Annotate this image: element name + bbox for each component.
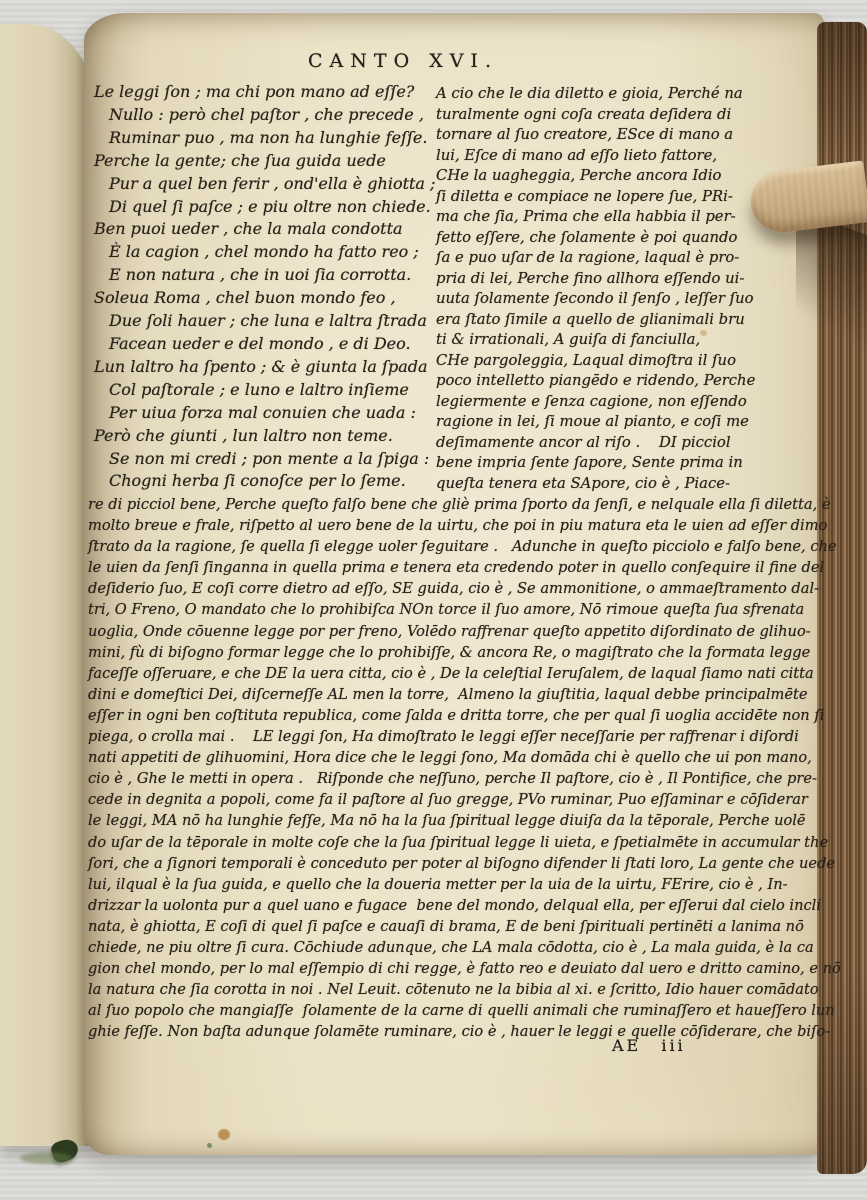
- commentary-block-line: gion chel mondo, per lo mal eſſempio di …: [88, 958, 806, 979]
- commentary-block-line: tri, O Freno, O mandato che lo prohibiſc…: [88, 599, 806, 620]
- commentary-block-line: do uſar de la tēporale in molte coſe che…: [88, 832, 806, 853]
- commentary-block-line: le leggi, MA nō ha lunghie feſſe, Ma nō …: [88, 810, 806, 831]
- commentary-line: fetto eſſere, che ſolamente è poi quando: [436, 228, 784, 249]
- verse-line: Ruminar puo , ma non ha lunghie feſſe.: [94, 127, 436, 150]
- commentary-block-line: nati appetiti de glihuomini, Hora dice c…: [88, 747, 806, 768]
- commentary-block-line: mini, fù di biſogno formar legge che lo …: [88, 642, 806, 663]
- verse-line: Per uiua forza mal conuien che uada :: [94, 402, 436, 425]
- commentary-block-line: cede in degnita a popoli, come fa il paſ…: [88, 789, 806, 810]
- commentary-line: era ſtato ſimile a quello de glianimali …: [436, 310, 784, 331]
- printed-text-layer: CANTO XVI. Le leggi ſon ; ma chi pon man…: [0, 0, 867, 1200]
- commentary-line: turalmente ogni coſa creata deſidera di: [436, 105, 784, 126]
- commentary-line: ti & irrationali, A guiſa di fanciulla,: [436, 330, 784, 351]
- verse-column: Le leggi ſon ; ma chi pon mano ad eſſe?N…: [94, 81, 436, 493]
- commentary-block-line: re di picciol bene, Perche queſto falſo …: [88, 494, 806, 515]
- commentary-line: pria di lei, Perche fino allhora eſſendo…: [436, 269, 784, 290]
- verse-line: Le leggi ſon ; ma chi pon mano ad eſſe?: [94, 81, 436, 104]
- verse-line: Di quel ſi paſce ; e piu oltre non chied…: [94, 196, 436, 219]
- commentary-block-line: chiede, ne piu oltre ſi cura. Cōchiude a…: [88, 937, 806, 958]
- verse-line: È la cagion , chel mondo ha fatto reo ;: [94, 241, 436, 264]
- commentary-block-line: la natura che ſia corotta in noi . Nel L…: [88, 979, 806, 1000]
- commentary-block-line: deſiderio ſuo, E coſi corre dietro ad eſ…: [88, 578, 806, 599]
- commentary-line: lui, Eſce di mano ad eſſo lieto fattore,: [436, 146, 784, 167]
- commentary-block-line: uoglia, Onde cōuenne legge por per freno…: [88, 621, 806, 642]
- commentary-line: A cio che le dia diletto e gioia, Perché…: [436, 84, 784, 105]
- commentary-line: tornare al ſuo creatore, ESce di mano a: [436, 125, 784, 146]
- commentary-column: A cio che le dia diletto e gioia, Perché…: [436, 84, 784, 494]
- commentary-block: re di picciol bene, Perche queſto falſo …: [88, 494, 806, 1042]
- canto-header: CANTO XVI.: [0, 50, 806, 72]
- commentary-block-line: lui, ilqual è la ſua guida, e quello che…: [88, 874, 806, 895]
- verse-line: Pur a quel ben ferir , ond'ella è ghiott…: [94, 173, 436, 196]
- commentary-line: bene impria ſente ſapore, Sente prima in: [436, 453, 784, 474]
- commentary-block-line: piega, o crolla mai . LE leggi ſon, Ha d…: [88, 726, 806, 747]
- verse-line: E non natura , che in uoi ſia corrotta.: [94, 264, 436, 287]
- verse-line: Però che giunti , lun laltro non teme.: [94, 425, 436, 448]
- verse-line: Perche la gente; che ſua guida uede: [94, 150, 436, 173]
- commentary-block-line: cio è , Ghe le metti in opera . Riſponde…: [88, 768, 806, 789]
- commentary-block-line: eſſer in ogni ben coſtituta republica, c…: [88, 705, 806, 726]
- commentary-block-line: dini e domeſtici Dei, diſcerneſſe AL men…: [88, 684, 806, 705]
- verse-line: Ben puoi ueder , che la mala condotta: [94, 218, 436, 241]
- commentary-block-line: faceſſe oſſeruare, e che DE la uera citt…: [88, 663, 806, 684]
- commentary-block-line: nata, è ghiotta, E coſi di quel ſi paſce…: [88, 916, 806, 937]
- commentary-block-line: ghie feſſe. Non baſta adunque ſolamēte r…: [88, 1021, 806, 1042]
- verse-line: Nullo : però chel paſtor , che precede ,: [94, 104, 436, 127]
- verse-line: Due ſoli hauer ; che luna e laltra ſtrad…: [94, 310, 436, 333]
- commentary-line: uuta ſolamente ſecondo il ſenſo , leſſer…: [436, 289, 784, 310]
- commentary-line: CHe la uagheggia, Perche ancora Idio: [436, 166, 784, 187]
- commentary-block-line: ſori, che a ſignori temporali è concedut…: [88, 853, 806, 874]
- commentary-line: ma che ſia, Prima che ella habbia il per…: [436, 207, 784, 228]
- commentary-line: deſimamente ancor al riſo . DI picciol: [436, 433, 784, 454]
- commentary-block-line: drizzar la uolonta pur a quel uano e fug…: [88, 895, 806, 916]
- commentary-block-line: al ſuo popolo che mangiaſſe ſolamente de…: [88, 1000, 806, 1021]
- verse-line: Se non mi credi ; pon mente a la ſpiga :: [94, 448, 436, 471]
- verse-line: Chogni herba ſi conoſce per lo ſeme.: [94, 470, 436, 493]
- commentary-line: ſa e puo uſar de la ragione, laqual è pr…: [436, 248, 784, 269]
- commentary-block-line: le uien da ſenſi ſinganna in quella prim…: [88, 557, 806, 578]
- verse-line: Lun laltro ha ſpento ; & è giunta la ſpa…: [94, 356, 436, 379]
- verse-line: Col paſtorale ; e luno e laltro inſieme: [94, 379, 436, 402]
- commentary-line: poco intelletto piangēdo e ridendo, Perc…: [436, 371, 784, 392]
- commentary-block-line: ſtrato da la ragione, ſe quella ſi elegg…: [88, 536, 806, 557]
- commentary-block-line: molto breue e frale, riſpetto al uero be…: [88, 515, 806, 536]
- commentary-line: legiermente e ſenza cagione, non eſſendo: [436, 392, 784, 413]
- signature-mark: AE iii: [612, 1036, 686, 1055]
- commentary-line: ſi diletta e compiace ne lopere ſue, PRi…: [436, 187, 784, 208]
- verse-line: Facean ueder e del mondo , e di Deo.: [94, 333, 436, 356]
- commentary-line: CHe pargoleggia, Laqual dimoſtra il ſuo: [436, 351, 784, 372]
- commentary-line: ragione in lei, ſi moue al pianto, e coſ…: [436, 412, 784, 433]
- commentary-line: queſta tenera eta SApore, cio è , Piace-: [436, 474, 784, 495]
- verse-line: Soleua Roma , chel buon mondo feo ,: [94, 287, 436, 310]
